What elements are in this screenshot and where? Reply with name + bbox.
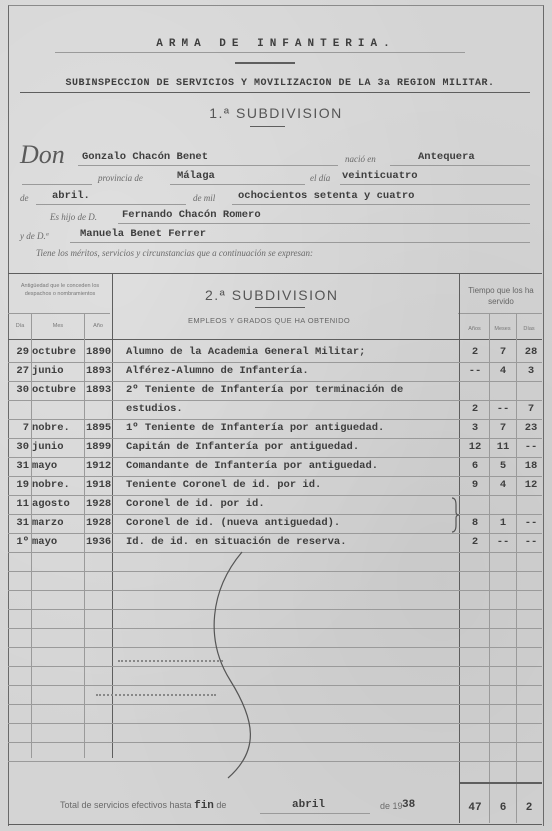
- row-empleo: Id. de id. en situación de reserva.: [126, 536, 347, 548]
- total-month-line: [260, 813, 370, 814]
- dotted-fill: [96, 694, 216, 696]
- total-meses: 6: [490, 802, 516, 814]
- total-fin: fin: [194, 800, 214, 812]
- row-empleo: Alumno de la Academia General Militar;: [126, 346, 365, 358]
- provincia-label: provincia de: [98, 173, 143, 183]
- table-row: 30 junio 1899 Capitán de Infantería por …: [10, 439, 540, 458]
- table-header-bottom: [8, 339, 542, 340]
- madre-label: y de D.ª: [20, 231, 48, 241]
- row-ano: 1918: [86, 479, 111, 491]
- subtitle-underline: [20, 92, 530, 93]
- row-mes: nobre.: [32, 422, 70, 434]
- row-empleo: estudios.: [126, 403, 183, 415]
- row-dias: 28: [518, 346, 544, 358]
- row-empleo: Comandante de Infantería por antiguedad.: [126, 460, 378, 472]
- row-mes: marzo: [32, 517, 64, 529]
- row-meses: 4: [490, 365, 516, 377]
- row-meses: --: [490, 403, 516, 415]
- row-dia: 31: [10, 460, 29, 472]
- row-empleo: 2º Teniente de Infantería por terminació…: [126, 384, 403, 396]
- demil-label: de mil: [193, 193, 215, 203]
- row-meses: --: [490, 536, 516, 548]
- de-label: de: [20, 193, 29, 203]
- row-dia: 27: [10, 365, 29, 377]
- dotted-fill: [118, 660, 223, 662]
- row-meses: 7: [490, 346, 516, 358]
- row-mes: nobre.: [32, 479, 70, 491]
- col-header-dias: Días: [517, 325, 541, 333]
- row-dia: 11: [10, 498, 29, 510]
- meritos-text: Tiene los méritos, servicios y circunsta…: [36, 248, 313, 258]
- day-value: veinticuatro: [342, 170, 418, 182]
- col-header-mes: Mes: [34, 322, 82, 330]
- section-2-heading: 2.ª SUBDIVISION: [205, 287, 339, 303]
- row-empleo: Teniente Coronel de id. por id.: [126, 479, 321, 491]
- father-line: [118, 223, 530, 224]
- row-empleo: 1º Teniente de Infantería por antiguedad…: [126, 422, 384, 434]
- father-value: Fernando Chacón Romero: [122, 209, 261, 221]
- subtitle: SUBINSPECCION DE SERVICIOS Y MOVILIZACIO…: [30, 78, 530, 89]
- row-anos: 2: [462, 346, 488, 358]
- total-year: 38: [402, 799, 415, 811]
- tiempo-header: Tiempo que los ha servido: [462, 285, 540, 307]
- year-words-value: ochocientos setenta y cuatro: [238, 190, 414, 202]
- table-row: 19 nobre. 1918 Teniente Coronel de id. p…: [10, 477, 540, 496]
- name-value: Gonzalo Chacón Benet: [82, 151, 208, 163]
- table-row: 11 agosto 1928 Coronel de id. por id.: [10, 496, 540, 515]
- row-meses: 5: [490, 460, 516, 472]
- table-row: estudios. 2 -- 7: [10, 401, 540, 420]
- table-row: 7 nobre. 1895 1º Teniente de Infantería …: [10, 420, 540, 439]
- title-underline: [55, 52, 465, 53]
- row-dia: 30: [10, 384, 29, 396]
- birthplace-value: Antequera: [418, 151, 475, 163]
- bracket-icon: [450, 497, 460, 533]
- row-ano: 1936: [86, 536, 111, 548]
- row-mes: octubre: [32, 384, 76, 396]
- row-mes: junio: [32, 365, 64, 377]
- row-anos: 9: [462, 479, 488, 491]
- hijo-label: Es hijo de D.: [50, 212, 97, 222]
- total-text: Total de servicios efectivos hasta: [60, 800, 192, 810]
- total-month: abril: [292, 799, 325, 811]
- row-ano: 1912: [86, 460, 111, 472]
- name-line: [78, 165, 338, 166]
- row-dia: 31: [10, 517, 29, 529]
- row-mes: agosto: [32, 498, 70, 510]
- mother-line: [70, 242, 530, 243]
- antiguedad-header-divider: [8, 313, 110, 314]
- page-title: ARMA DE INFANTERIA.: [0, 38, 552, 50]
- don-label: Don: [20, 140, 65, 170]
- month-line: [36, 204, 186, 205]
- tiempo-header-divider: [458, 313, 542, 314]
- row-ano: 1893: [86, 365, 111, 377]
- row-ano: 1899: [86, 441, 111, 453]
- cancellation-stroke-icon: [200, 550, 280, 780]
- row-dias: 12: [518, 479, 544, 491]
- document-page: ARMA DE INFANTERIA. SUBINSPECCION DE SER…: [0, 0, 552, 831]
- row-anos: 3: [462, 422, 488, 434]
- table-row: 30 octubre 1893 2º Teniente de Infanterí…: [10, 382, 540, 401]
- row-ano: 1893: [86, 384, 111, 396]
- row-anos: 12: [462, 441, 488, 453]
- row-ano: 1928: [86, 498, 111, 510]
- empleos-header: EMPLEOS Y GRADOS QUE HA OBTENIDO: [188, 316, 350, 325]
- col-header-anos: Años: [461, 325, 488, 333]
- table-row: 31 mayo 1912 Comandante de Infantería po…: [10, 458, 540, 477]
- row-dia: 1º: [10, 536, 29, 548]
- row-dias: --: [518, 517, 544, 529]
- row-dias: 7: [518, 403, 544, 415]
- row-dias: --: [518, 536, 544, 548]
- year-line: [232, 204, 530, 205]
- row-ano: 1928: [86, 517, 111, 529]
- row-anos: --: [462, 365, 488, 377]
- total-rule: [459, 782, 542, 784]
- col-header-ano: Año: [86, 322, 110, 330]
- row-dias: 23: [518, 422, 544, 434]
- row-dia: 30: [10, 441, 29, 453]
- table-row: 31 marzo 1928 Coronel de id. (nueva anti…: [10, 515, 540, 534]
- table-top-border: [8, 273, 542, 274]
- section-1-rule: [250, 126, 285, 127]
- total-anos: 47: [462, 802, 488, 814]
- row-empleo: Coronel de id. (nueva antiguedad).: [126, 517, 340, 529]
- row-empleo: Coronel de id. por id.: [126, 498, 265, 510]
- col-header-dia: Día: [10, 322, 30, 330]
- row-ano: 1890: [86, 346, 111, 358]
- table-row: 29 octubre 1890 Alumno de la Academia Ge…: [10, 344, 540, 363]
- total-de-19: de 19: [380, 801, 403, 811]
- row-mes: mayo: [32, 536, 57, 548]
- day-line: [340, 184, 530, 185]
- row-ano: 1895: [86, 422, 111, 434]
- table-row: 27 junio 1893 Alférez-Alumno de Infanter…: [10, 363, 540, 382]
- nacio-label: nació en: [345, 154, 376, 164]
- month-value: abril.: [52, 190, 90, 202]
- antiguedad-header: Antigüedad que le conceden los despachos…: [10, 282, 110, 298]
- row-anos: 2: [462, 536, 488, 548]
- province-value: Málaga: [177, 170, 215, 182]
- row-meses: 1: [490, 517, 516, 529]
- col-header-meses: Meses: [490, 325, 515, 333]
- row-empleo: Alférez-Alumno de Infantería.: [126, 365, 309, 377]
- row-mes: mayo: [32, 460, 57, 472]
- row-dia: 19: [10, 479, 29, 491]
- total-de: de: [216, 800, 226, 810]
- birthplace-line: [390, 165, 530, 166]
- total-dias: 2: [517, 802, 541, 814]
- row-meses: 7: [490, 422, 516, 434]
- row-dias: --: [518, 441, 544, 453]
- dia-label: el día: [310, 173, 330, 183]
- row-dia: 29: [10, 346, 29, 358]
- section-2-rule: [255, 307, 305, 308]
- row-meses: 11: [490, 441, 516, 453]
- title-rule: [235, 62, 295, 64]
- row-anos: 8: [462, 517, 488, 529]
- table-bottom-border: [8, 824, 542, 825]
- row-dia: 7: [10, 422, 29, 434]
- row-dias: 18: [518, 460, 544, 472]
- row-anos: 2: [462, 403, 488, 415]
- row-meses: 4: [490, 479, 516, 491]
- total-label: Total de servicios efectivos hasta fin d…: [60, 800, 226, 812]
- province-prefix-line: [22, 184, 92, 185]
- mother-value: Manuela Benet Ferrer: [80, 228, 206, 240]
- row-mes: junio: [32, 441, 64, 453]
- row-mes: octubre: [32, 346, 76, 358]
- section-1-heading: 1.ª SUBDIVISION: [0, 105, 552, 121]
- row-empleo: Capitán de Infantería por antiguedad.: [126, 441, 359, 453]
- province-line: [170, 184, 305, 185]
- row-anos: 6: [462, 460, 488, 472]
- row-dias: 3: [518, 365, 544, 377]
